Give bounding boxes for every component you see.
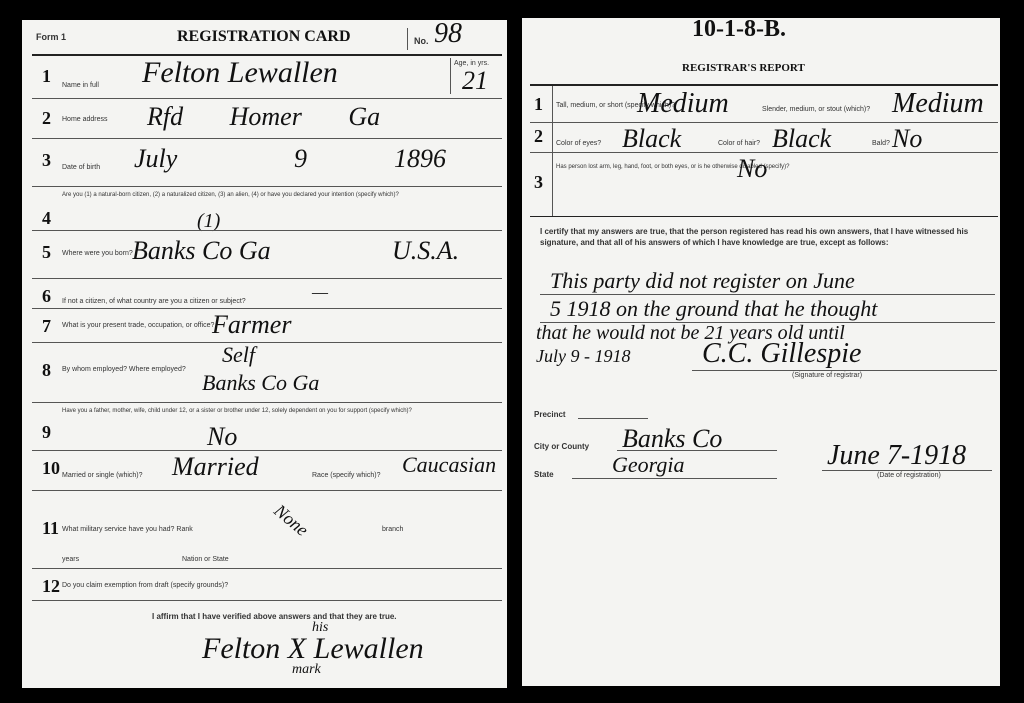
field-label-hair: Color of hair? — [718, 140, 760, 147]
field-label-race: Race (specify which)? — [312, 472, 380, 479]
build-value: Medium — [892, 88, 984, 120]
state-value: Georgia — [612, 452, 685, 478]
report-title: REGISTRAR'S REPORT — [682, 62, 805, 74]
registrar-signature: C.C. Gillespie — [702, 338, 861, 370]
field-label-exemption: Do you claim exemption from draft (speci… — [62, 582, 228, 589]
age-value: 21 — [462, 66, 488, 96]
registrars-report-card: 10-1-8-B. REGISTRAR'S REPORT 1 Tall, med… — [522, 18, 1000, 686]
row-number: 8 — [42, 360, 51, 381]
hair-value: Black — [772, 124, 831, 154]
state-label: State — [534, 470, 554, 479]
field-label-marital: Married or single (which)? — [62, 472, 143, 479]
field-label-nation: Nation or State — [182, 556, 229, 563]
form-label: Form 1 — [36, 32, 66, 42]
row-number: 3 — [42, 150, 51, 171]
row-number: 9 — [42, 422, 51, 443]
field-label-name: Name in full — [62, 82, 99, 89]
field-label-years: years — [62, 556, 79, 563]
bald-value: No — [892, 124, 922, 154]
remarks-line-4: July 9 - 1918 — [536, 346, 630, 367]
precinct-label: Precinct — [534, 410, 566, 419]
row-number: 4 — [42, 208, 51, 229]
row-number: 10 — [42, 458, 60, 479]
registration-date: June 7-1918 — [827, 440, 966, 472]
address-value: Rfd Homer Ga — [147, 102, 380, 132]
field-label-dob: Date of birth — [62, 164, 100, 171]
height-value: Medium — [637, 88, 729, 120]
row-number: 2 — [534, 126, 543, 147]
card-title: REGISTRATION CARD — [177, 28, 351, 46]
field-label-eyes: Color of eyes? — [556, 140, 601, 147]
registration-date-label: (Date of registration) — [877, 472, 941, 479]
field-label-citizenship: Are you (1) a natural-born citizen, (2) … — [62, 192, 399, 198]
military-value: None — [270, 500, 313, 541]
row-number: 6 — [42, 286, 51, 307]
row-number: 7 — [42, 316, 51, 337]
row-number: 1 — [534, 94, 543, 115]
remarks-line-1: This party did not register on June — [550, 268, 855, 294]
disability-value: No — [737, 154, 767, 184]
foreign-citizenship-value: — — [312, 282, 328, 303]
row-number: 11 — [42, 518, 59, 539]
row-number: 5 — [42, 242, 51, 263]
certification-text: I certify that my answers are true, that… — [540, 226, 990, 248]
field-label-occupation: What is your present trade, occupation, … — [62, 322, 214, 329]
city-county-label: City or County — [534, 442, 589, 451]
field-label-branch: branch — [382, 526, 403, 533]
race-value: Caucasian — [402, 452, 496, 478]
row-number: 1 — [42, 66, 51, 87]
serial-number: 98 — [434, 18, 462, 50]
employer-value: Self — [222, 342, 255, 368]
field-label-dependents: Have you a father, mother, wife, child u… — [62, 408, 412, 414]
affirmation-text: I affirm that I have verified above answ… — [152, 612, 397, 621]
field-label-foreign-citizenship: If not a citizen, of what country are yo… — [62, 298, 246, 305]
row-number: 12 — [42, 576, 60, 597]
remarks-line-2: 5 1918 on the ground that he thought — [550, 296, 877, 322]
signature-mark: mark — [292, 662, 321, 678]
birthplace-value: Banks Co Ga — [132, 236, 271, 266]
name-value: Felton Lewallen — [142, 56, 338, 90]
dob-year: 1896 — [394, 144, 446, 174]
row-number: 2 — [42, 108, 51, 129]
serial-label: No. — [414, 36, 429, 46]
registrar-signature-label: (Signature of registrar) — [792, 372, 862, 379]
field-label-address: Home address — [62, 116, 108, 123]
registration-card: Form 1 REGISTRATION CARD No. 98 1 Name i… — [22, 20, 507, 688]
row-number: 3 — [534, 172, 543, 193]
employment-place-value: Banks Co Ga — [202, 370, 319, 396]
registrant-signature: Felton X Lewallen — [202, 632, 424, 666]
field-label-birthplace: Where were you born? — [62, 250, 133, 257]
dependents-value: No — [207, 422, 237, 452]
field-label-build: Slender, medium, or stout (which)? — [762, 106, 870, 113]
birthplace-country: U.S.A. — [392, 236, 459, 266]
occupation-value: Farmer — [212, 310, 291, 340]
form-stamp: 10-1-8-B. — [692, 16, 786, 43]
field-label-bald: Bald? — [872, 140, 890, 147]
field-label-employer: By whom employed? Where employed? — [62, 366, 186, 373]
eyes-value: Black — [622, 124, 681, 154]
dob-day: 9 — [294, 144, 307, 174]
dob-month: July — [134, 144, 177, 174]
marital-value: Married — [172, 452, 259, 482]
field-label-military: What military service have you had? Rank — [62, 526, 193, 533]
